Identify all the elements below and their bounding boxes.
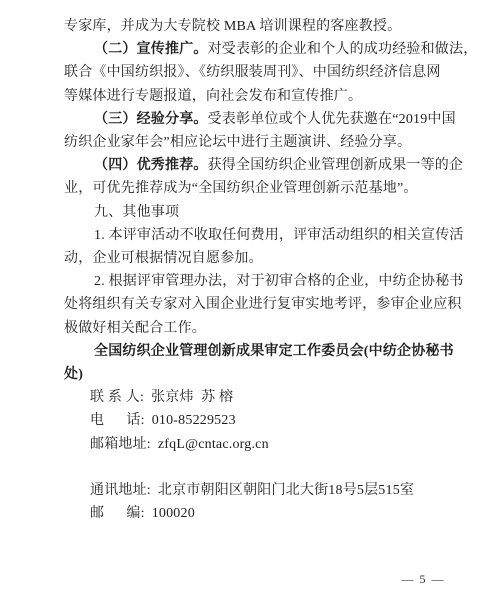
body-line-item-2: 2. 根据评审管理办法，对于初审合格的企业，中纺企协秘书	[64, 270, 442, 293]
phone-line: 电 话:010-85229523	[64, 409, 442, 432]
postcode-line: 邮 编:100020	[64, 502, 442, 525]
email-line: 邮箱地址:zfqL@cntac.org.cn	[64, 433, 442, 456]
contact-person-line: 联 系 人:张京炜 苏 榕	[64, 386, 442, 409]
committee-name-continued: 处)	[64, 367, 83, 382]
section-heading-promotion: （二）宣传推广。对受表彰的企业和个人的成功经验和做法，	[64, 38, 442, 61]
email-label: 邮箱地址:	[90, 437, 151, 452]
body-line-text: 处将组织有关专家对入围企业进行复审实地考评，参审企业应积	[64, 297, 462, 312]
section-heading-other-matters: 九、其他事项	[64, 201, 442, 224]
phone-value: 010-85229523	[152, 413, 236, 428]
contact-person-label: 联 系 人:	[90, 390, 144, 405]
postcode-value: 100020	[152, 506, 195, 521]
body-line: 业，可优先推荐成为“全国纺织企业管理创新示范基地”。	[64, 177, 442, 200]
body-line-text: 九、其他事项	[94, 205, 179, 220]
section-heading-bold: （三）经验分享。	[94, 112, 208, 127]
body-line: 等媒体进行专题报道，向社会发布和宣传推广。	[64, 85, 442, 108]
body-line: 联合《中国纺织报》、《纺织服装周刊》、中国纺织经济信息网	[64, 61, 442, 84]
body-line-text: 联合《中国纺织报》、《纺织服装周刊》、中国纺织经济信息网	[64, 65, 441, 80]
body-line-text: 纺织企业家年会”相应论坛中进行主题演讲、经验分享。	[64, 135, 411, 150]
email-value: zfqL@cntac.org.cn	[158, 437, 269, 452]
body-line-text: 等媒体进行专题报道，向社会发布和宣传推广。	[64, 89, 362, 104]
body-line-text: 2. 根据评审管理办法，对于初审合格的企业，中纺企协秘书	[94, 274, 464, 289]
body-line-text: 动，企业可根据情况自愿参加。	[64, 251, 263, 266]
phone-label: 电 话:	[90, 413, 145, 428]
body-line: 动，企业可根据情况自愿参加。	[64, 247, 442, 270]
body-line: 极做好相关配合工作。	[64, 317, 442, 340]
committee-signature-line-1: 全国纺织企业管理创新成果审定工作委员会(中纺企协秘书	[64, 340, 442, 363]
postcode-label: 邮 编:	[90, 506, 145, 521]
section-heading-bold: （四）优秀推荐。	[94, 158, 208, 173]
body-line-text: 受表彰单位或个人优先获邀在“2019中国	[208, 112, 456, 127]
committee-name: 全国纺织企业管理创新成果审定工作委员会(中纺企协秘书	[94, 344, 454, 359]
mailing-address-label: 通讯地址:	[90, 483, 151, 498]
body-line-item-1: 1. 本评审活动不收取任何费用，评审活动组织的相关宣传活	[64, 224, 442, 247]
body-line-text: 1. 本评审活动不收取任何费用，评审活动组织的相关宣传活	[94, 228, 464, 243]
body-line-text: 获得全国纺织企业管理创新成果一等的企	[208, 158, 464, 173]
section-heading-bold: （二）宣传推广。	[94, 42, 208, 57]
body-line-text: 专家库，并成为大专院校 MBA 培训课程的客座教授。	[64, 19, 401, 34]
body-line: 专家库，并成为大专院校 MBA 培训课程的客座教授。	[64, 15, 442, 38]
committee-signature-line-2: 处)	[64, 363, 442, 386]
body-line: 纺织企业家年会”相应论坛中进行主题演讲、经验分享。	[64, 131, 442, 154]
document-page: 专家库，并成为大专院校 MBA 培训课程的客座教授。 （二）宣传推广。对受表彰的…	[0, 0, 500, 602]
body-line-text: 极做好相关配合工作。	[64, 321, 206, 336]
section-heading-excellent-recommendation: （四）优秀推荐。获得全国纺织企业管理创新成果一等的企	[64, 154, 442, 177]
section-heading-experience-sharing: （三）经验分享。受表彰单位或个人优先获邀在“2019中国	[64, 108, 442, 131]
contact-person-value: 张京炜 苏 榕	[151, 390, 233, 405]
mailing-address-line: 通讯地址:北京市朝阳区朝阳门北大街18号5层515室	[64, 479, 442, 502]
body-line-text: 对受表彰的企业和个人的成功经验和做法，	[208, 42, 478, 57]
body-line-text: 业，可优先推荐成为“全国纺织企业管理创新示范基地”。	[64, 181, 418, 196]
mailing-address-value: 北京市朝阳区朝阳门北大街18号5层515室	[158, 483, 414, 498]
page-number: — 5 —	[402, 572, 446, 587]
body-line: 处将组织有关专家对入围企业进行复审实地考评，参审企业应积	[64, 293, 442, 316]
